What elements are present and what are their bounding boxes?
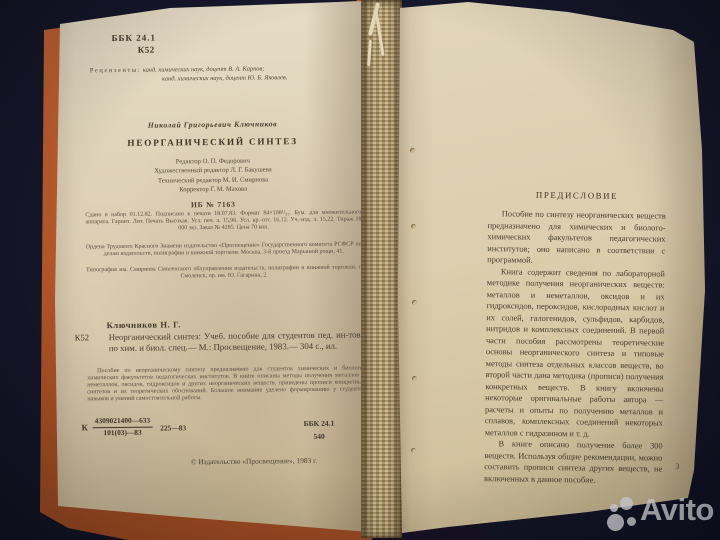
- preface-paragraph: Пособие по синтезу неорганических вещест…: [487, 208, 666, 268]
- avito-watermark-text: Avito: [640, 492, 714, 528]
- catalog-suffix: 225—83: [160, 423, 186, 432]
- author-full-name: Николай Григорьевич Ключников: [62, 118, 362, 130]
- catalog-card-author: Ключников Н. Г.: [107, 319, 181, 330]
- avito-logo-icon: [627, 517, 636, 526]
- publisher-block: Ордена Трудового Красного Знамени издате…: [86, 241, 362, 258]
- bbk-bottom-number: 540: [304, 430, 335, 443]
- ib-number: ИБ № 7163: [63, 198, 363, 210]
- right-page: ПРЕДИСЛОВИЕ Пособие по синтезу неорганич…: [388, 0, 710, 540]
- book-title: НЕОРГАНИЧЕСКИЙ СИНТЕЗ: [63, 135, 363, 148]
- reviewer-2: канд. химических наук, доцент Ю. Б. Яков…: [162, 73, 362, 84]
- preface-paragraph: В книге описано получение более 300 веще…: [484, 438, 663, 486]
- printer-block: Типография им. Смирнова Смоленского облу…: [86, 264, 362, 281]
- catalog-card-description: Неорганический синтез: Учеб. пособие для…: [109, 329, 361, 354]
- reviewer-1: канд. химических наук, доцент В. А. Карп…: [143, 65, 265, 73]
- preface-paragraph: Книга содержит сведения по лабораторной …: [485, 266, 665, 441]
- left-page-content: ББК 24.1 К52 Рецензенты: канд. химически…: [47, 0, 379, 540]
- editor-line: Корректор Г. М. Махова: [63, 184, 363, 197]
- page-number: 3: [675, 462, 679, 471]
- catalog-index: К 4309021400—633 101(03)—83 225—83: [82, 416, 187, 437]
- catalog-card: К52 Неорганический синтез: Учеб. пособие…: [75, 329, 365, 354]
- bbk-bottom-block: ББК 24.1 540: [304, 417, 335, 443]
- preface-column: ПРЕДИСЛОВИЕ Пособие по синтезу неорганич…: [484, 189, 666, 486]
- book-photo: ББК 24.1 К52 Рецензенты: канд. химически…: [0, 0, 720, 540]
- catalog-letter: К: [82, 422, 88, 432]
- author-sign-code: К52: [138, 45, 155, 55]
- avito-watermark: Avito: [606, 496, 720, 540]
- reviewers-label: Рецензенты:: [90, 67, 141, 75]
- spine-binding-mesh: [361, 0, 402, 538]
- left-page: ББК 24.1 К52 Рецензенты: канд. химически…: [50, 0, 376, 540]
- catalog-denominator: 101(03)—83: [93, 427, 153, 437]
- catalog-card-code: К52: [75, 332, 109, 354]
- avito-logo-icon: [607, 514, 624, 531]
- bbk-classification: ББК 24.1: [112, 33, 157, 43]
- annotation-block: Пособие по неорганическому синтезу предн…: [87, 365, 365, 402]
- preface-heading: ПРЕДИСЛОВИЕ: [488, 189, 666, 201]
- editors-block: Редактор О. П. Федорович Художественный …: [63, 155, 363, 196]
- avito-logo-icon: [610, 504, 618, 512]
- catalog-numerator: 4309021400—633: [93, 417, 153, 428]
- bbk-bottom: ББК 24.1: [304, 417, 335, 430]
- right-page-content: ПРЕДИСЛОВИЕ Пособие по синтезу неорганич…: [384, 0, 714, 540]
- avito-logo-icon: [620, 497, 633, 510]
- reviewers-block: Рецензенты: канд. химических наук, доцен…: [90, 64, 362, 84]
- imprint-block: Сдано в набор 01.12.82. Подписано к печа…: [85, 209, 361, 233]
- copyright-line: © Издательство «Просвещение», 1983 г.: [134, 455, 374, 467]
- catalog-fraction: 4309021400—633 101(03)—83: [93, 417, 153, 438]
